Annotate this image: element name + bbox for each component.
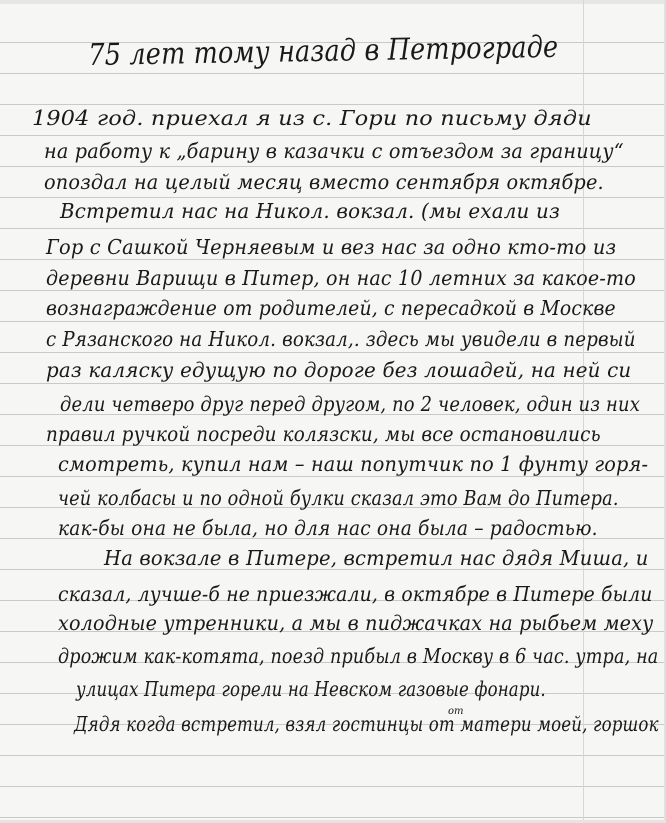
handwritten-line: Дядя когда встретил, взял гостинцы от ма… (74, 712, 659, 736)
handwritten-line: на работу к „барину в казачки с отъездом… (44, 139, 624, 163)
handwritten-line: Встретил нас на Никол. вокзал. (мы ехали… (60, 199, 560, 223)
inserted-word: от (448, 706, 464, 717)
handwritten-line: улицах Питера горели на Невском газовые … (76, 677, 546, 701)
handwritten-line: деревни Варищи в Питер, он нас 10 летних… (46, 266, 636, 290)
handwritten-line: раз каляску едущую по дороге без лошадей… (46, 358, 631, 382)
handwritten-line: правил ручкой посреди колязски, мы все о… (46, 422, 601, 446)
handwritten-line: чей колбасы и по одной булки сказал это … (58, 486, 619, 510)
handwritten-line: смотреть, купил нам – наш попутчик по 1 … (58, 452, 648, 476)
handwritten-line: 1904 год. приехал я из с. Гори по письму… (32, 106, 592, 130)
handwritten-line: Гор с Сашкой Черняевым и вез нас за одно… (46, 235, 616, 259)
handwritten-line: вознаграждение от родителей, с пересадко… (46, 296, 616, 320)
handwritten-line: дели четверо друг перед другом, по 2 чел… (60, 392, 640, 416)
letter-title: 75 лет тому назад в Петрограде (88, 30, 559, 73)
handwritten-line: дрожим как-котята, поезд прибыл в Москву… (58, 644, 658, 668)
handwritten-line: холодные утренники, а мы в пиджачках на … (58, 611, 653, 635)
handwritten-line: опоздал на целый месяц вместо сентября о… (44, 170, 604, 194)
notebook-page: 75 лет тому назад в Петрограде 1904 год.… (0, 0, 666, 823)
page-top-edge (0, 0, 666, 4)
handwritten-line: сказал, лучше-б не приезжали, в октябре … (58, 582, 652, 606)
handwritten-line: как-бы она не была, но для нас она была … (58, 516, 598, 540)
handwritten-line: На вокзале в Питере, встретил нас дядя М… (104, 546, 649, 570)
handwritten-line: с Рязанского на Никол. вокзал,. здесь мы… (46, 327, 636, 351)
